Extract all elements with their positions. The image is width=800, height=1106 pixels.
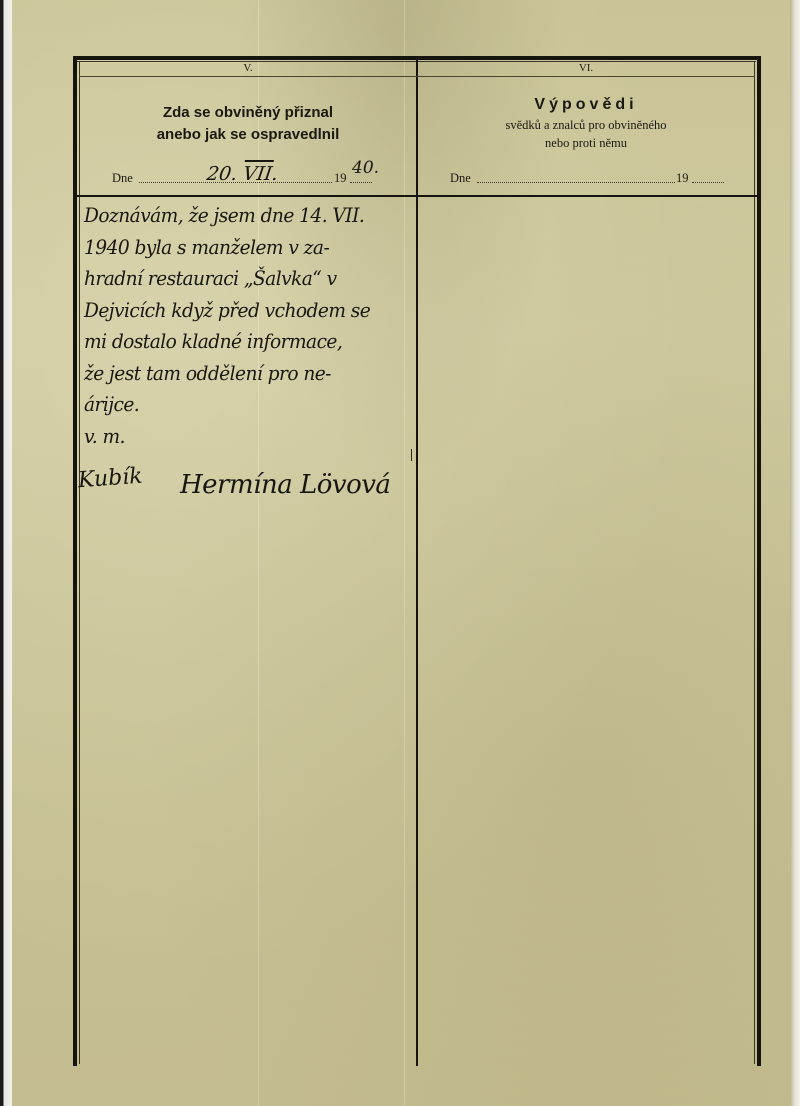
statement-line: 1940 byla s manželem v za- <box>84 232 396 264</box>
column-v-date-line: Dne 20. VII. 19 40. <box>112 168 402 188</box>
column-vi-title-main: Výpovědi <box>418 94 754 116</box>
statement-line: v. m. <box>84 421 396 453</box>
form-inner-rule-right <box>754 61 755 1064</box>
column-vi-subtitle-line-1: svědků a znalců pro obviněného <box>418 116 754 134</box>
date-year-prefix: 19 <box>334 171 347 186</box>
scan-edge-left <box>0 0 12 1106</box>
column-vi-date-line: Dne 19 <box>450 168 740 188</box>
date-year-handwritten: 40. <box>352 158 379 178</box>
date-year-prefix: 19 <box>676 171 689 186</box>
column-v-title-line-2: anebo jak se ospravedlnil <box>80 124 416 146</box>
date-prefix-label: Dne <box>112 171 133 186</box>
column-v-title: Zda se obviněný přiznal anebo jak se osp… <box>80 102 416 146</box>
statement-line: hradní restauraci „Šalvka“ v <box>84 263 396 295</box>
statement-line: árijce. <box>84 389 396 421</box>
scan-edge-right <box>790 0 800 1106</box>
column-vi-subtitle-line-2: nebo proti němu <box>418 134 754 152</box>
statement-line: mi dostalo kladné informace, <box>84 326 396 358</box>
date-day-dotted-field <box>477 182 675 183</box>
handwritten-statement: Doznávám, že jsem dne 14. VII. 1940 byla… <box>84 200 419 452</box>
defendant-signature: Hermína Lövová <box>180 470 390 500</box>
column-v-number: V. <box>80 61 416 76</box>
form-inner-rule-left <box>79 61 80 1064</box>
column-vi-title: Výpovědi svědků a znalců pro obviněného … <box>418 94 754 152</box>
month-roman-numeral: VII <box>242 160 274 185</box>
official-signature: Kubík <box>77 464 143 493</box>
column-v-title-line-1: Zda se obviněný přiznal <box>80 102 416 124</box>
statement-line: Dejvicích když před vchodem se <box>84 295 396 327</box>
statement-line: Doznávám, že jsem dne 14. VII. <box>84 200 396 232</box>
date-day-handwritten: 20. VII. <box>205 163 279 185</box>
header-bottom-rule <box>77 195 757 197</box>
date-prefix-label: Dne <box>450 171 471 186</box>
header-number-rule <box>79 76 755 77</box>
column-vi-number: VI. <box>418 61 754 76</box>
date-year-dotted-field <box>350 182 372 183</box>
statement-line: že jest tam oddělení pro ne- <box>84 358 396 390</box>
date-year-dotted-field <box>692 182 724 183</box>
ink-tick-mark <box>411 449 412 461</box>
